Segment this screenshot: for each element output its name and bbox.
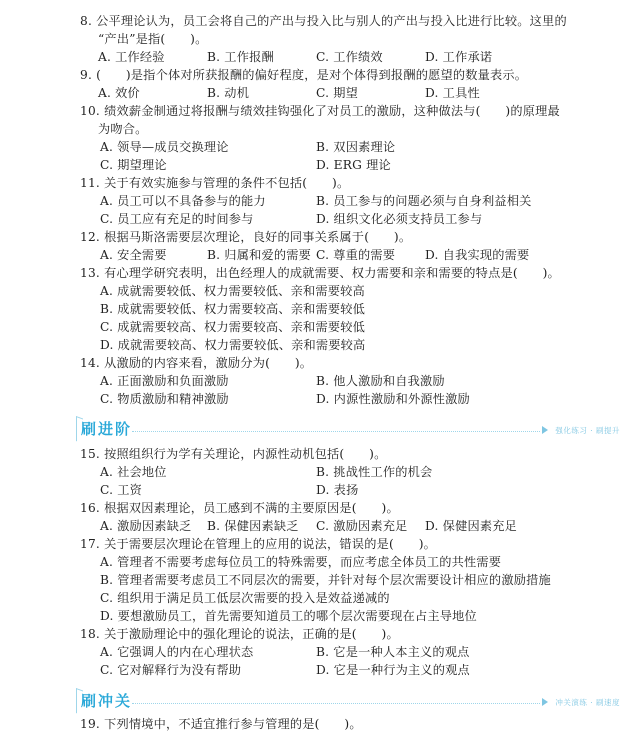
option-d: D. 保健因素充足 (425, 518, 517, 534)
question-text: 绩效薪金制通过将报酬与绩效挂钩强化了对员工的激励，这种做法与( )的原理最 (104, 104, 560, 118)
option-c: C. 物质激励和精神激励 (100, 391, 229, 407)
option-d: D. 工具性 (425, 85, 480, 101)
option-a: A. 激励因素缺乏 (100, 518, 191, 534)
question-text: 根据双因素理论，员工感到不满的主要原因是( )。 (104, 501, 399, 515)
option-c: C. 期望理论 (100, 157, 167, 173)
option-b: B. 动机 (207, 85, 249, 101)
question-text: 从激励的内容来看，激励分为( )。 (104, 356, 312, 370)
question-number: 9. (80, 68, 92, 82)
option-c: C. 激励因素充足 (316, 518, 408, 534)
question-16: 16. 根据双因素理论，员工感到不满的主要原因是( )。 (80, 500, 399, 516)
question-number: 11. (80, 176, 100, 190)
option-a: A. 效价 (98, 85, 140, 101)
option-a: A. 工作经验 (98, 49, 165, 65)
option-a: A. 社会地位 (100, 464, 167, 480)
option-d: D. 组织文化必须支持员工参与 (316, 211, 482, 227)
question-text: 关于激励理论中的强化理论的说法，正确的是( )。 (104, 627, 399, 641)
section-title: 刷冲关 (81, 690, 132, 711)
question-number: 19. (80, 717, 100, 731)
question-8: 8. 公平理论认为，员工会将自己的产出与投入比与别人的产出与投入比进行比较。这里… (80, 13, 567, 29)
option-c: C. 尊重的需要 (316, 247, 395, 263)
option-a: A. 正面激励和负面激励 (100, 373, 229, 389)
option-b: B. 他人激励和自我激励 (316, 373, 445, 389)
option-d: D. 要想激励员工，首先需要知道员工的哪个层次需要现在占主导地位 (100, 608, 477, 624)
option-b: B. 保健因素缺乏 (207, 518, 299, 534)
question-text: 按照组织行为学有关理论，内源性动机包括( )。 (104, 447, 386, 461)
option-c: C. 工资 (100, 482, 142, 498)
option-b: B. 工作报酬 (207, 49, 274, 65)
question-number: 10. (80, 104, 100, 118)
option-d: D. 自我实现的需要 (425, 247, 529, 263)
option-d: D. 成就需要较高、权力需要较低、亲和需要较高 (100, 337, 365, 353)
option-b: B. 归属和爱的需要 (207, 247, 311, 263)
section-tagline: 强化练习 · 刷提升 (555, 425, 620, 436)
option-a: A. 成就需要较低、权力需要较低、亲和需要较高 (100, 283, 365, 299)
option-a: A. 安全需要 (100, 247, 167, 263)
section-title: 刷进阶 (81, 418, 132, 439)
question-text: 关于需要层次理论在管理上的应用的说法，错误的是( )。 (104, 537, 436, 551)
exam-page: 8. 公平理论认为，员工会将自己的产出与投入比与别人的产出与投入比进行比较。这里… (0, 0, 634, 735)
option-b: B. 双因素理论 (316, 139, 395, 155)
question-number: 15. (80, 447, 100, 461)
question-text-continued: 为吻合。 (98, 121, 148, 137)
question-17: 17. 关于需要层次理论在管理上的应用的说法，错误的是( )。 (80, 536, 436, 552)
question-text: 下列情境中，不适宜推行参与管理的是( )。 (104, 717, 362, 731)
question-number: 18. (80, 627, 100, 641)
question-number: 13. (80, 266, 100, 280)
question-number: 12. (80, 230, 100, 244)
question-number: 17. (80, 537, 100, 551)
question-11: 11. 关于有效实施参与管理的条件不包括( )。 (80, 175, 349, 191)
question-19: 19. 下列情境中，不适宜推行参与管理的是( )。 (80, 716, 362, 732)
option-c: C. 期望 (316, 85, 358, 101)
option-d: D. 工作承诺 (425, 49, 492, 65)
question-number: 8. (80, 14, 92, 28)
question-text: ( )是指个体对所获报酬的偏好程度，是对个体得到报酬的愿望的数量表示。 (96, 68, 527, 82)
question-18: 18. 关于激励理论中的强化理论的说法，正确的是( )。 (80, 626, 399, 642)
question-15: 15. 按照组织行为学有关理论，内源性动机包括( )。 (80, 446, 387, 462)
option-b: B. 管理者需要考虑员工不同层次的需要，并针对每个层次需要设计相应的激励措施 (100, 572, 551, 588)
question-10: 10. 绩效薪金制通过将报酬与绩效挂钩强化了对员工的激励，这种做法与( )的原理… (80, 103, 560, 119)
section-tagline: 冲关演练 · 刷速度 (555, 697, 620, 708)
section-header-challenge: 刷冲关 冲关演练 · 刷速度 (76, 688, 624, 714)
option-d: D. 内源性激励和外源性激励 (316, 391, 470, 407)
option-b: B. 挑战性工作的机会 (316, 464, 432, 480)
option-c: C. 组织用于满足员工低层次需要的投入是效益递减的 (100, 590, 390, 606)
question-12: 12. 根据马斯洛需要层次理论，良好的同事关系属于( )。 (80, 229, 411, 245)
section-header-advanced: 刷进阶 强化练习 · 刷提升 (76, 416, 624, 442)
question-text: 公平理论认为，员工会将自己的产出与投入比与别人的产出与投入比进行比较。这里的 (96, 14, 567, 28)
question-13: 13. 有心理学研究表明，出色经理人的成就需要、权力需要和亲和需要的特点是( )… (80, 265, 560, 281)
option-b: B. 员工参与的问题必须与自身利益相关 (316, 193, 532, 209)
dotted-divider (132, 703, 540, 704)
option-d: D. ERG 理论 (316, 157, 391, 173)
option-c: C. 成就需要较高、权力需要较高、亲和需要较低 (100, 319, 365, 335)
option-d: D. 它是一种行为主义的观点 (316, 662, 470, 678)
question-text: 有心理学研究表明，出色经理人的成就需要、权力需要和亲和需要的特点是( )。 (104, 266, 560, 280)
option-a: A. 员工可以不具备参与的能力 (100, 193, 266, 209)
dotted-divider (132, 431, 540, 432)
option-c: C. 员工应有充足的时间参与 (100, 211, 254, 227)
option-c: C. 它对解释行为没有帮助 (100, 662, 241, 678)
arrow-right-icon (542, 698, 548, 706)
question-9: 9. ( )是指个体对所获报酬的偏好程度，是对个体得到报酬的愿望的数量表示。 (80, 67, 527, 83)
option-a: A. 领导—成员交换理论 (100, 139, 229, 155)
option-b: B. 它是一种人本主义的观点 (316, 644, 470, 660)
option-a: A. 管理者不需要考虑每位员工的特殊需要，而应考虑全体员工的共性需要 (100, 554, 501, 570)
question-14: 14. 从激励的内容来看，激励分为( )。 (80, 355, 312, 371)
question-number: 14. (80, 356, 100, 370)
question-text: 根据马斯洛需要层次理论，良好的同事关系属于( )。 (104, 230, 411, 244)
arrow-right-icon (542, 426, 548, 434)
option-c: C. 工作绩效 (316, 49, 383, 65)
question-number: 16. (80, 501, 100, 515)
option-a: A. 它强调人的内在心理状态 (100, 644, 253, 660)
question-text-continued: “产出”是指( )。 (98, 31, 207, 47)
option-d: D. 表扬 (316, 482, 358, 498)
question-text: 关于有效实施参与管理的条件不包括( )。 (104, 176, 349, 190)
option-b: B. 成就需要较低、权力需要较高、亲和需要较低 (100, 301, 365, 317)
